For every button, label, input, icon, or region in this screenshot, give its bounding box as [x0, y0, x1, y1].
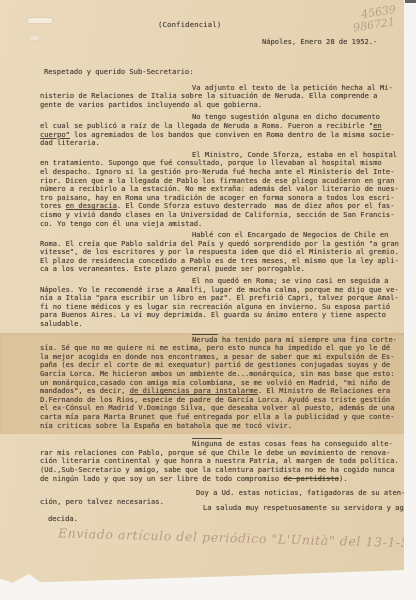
dateline: Nápoles, Enero 28 de 1952.- — [262, 37, 377, 46]
letter-line: saludable. — [40, 320, 404, 329]
paragraph: Va adjunto el texto de la petición hecha… — [40, 84, 404, 110]
letter-body: Respetado y querido Sub-Secretario: Va a… — [40, 68, 404, 524]
handwritten-annotation: Enviado artículo del periódico "L'Unità"… — [58, 525, 388, 549]
text-segment: ca a los veraneantes. Este plazo general… — [40, 264, 305, 273]
paragraph: Doy a Ud. estas noticias, fatigadoras de… — [40, 489, 404, 523]
letter-line: ca a los veraneantes. Este plazo general… — [40, 265, 404, 274]
text-segment: La saluda muy respetuosamente su servido… — [203, 503, 412, 512]
paragraph: No tengo sugestión alguna en dicho docum… — [40, 113, 404, 147]
paper-defect-mark — [28, 18, 52, 23]
text-segment: saludable. — [40, 319, 83, 328]
paragraph: El Ministro, Conde Sforza, estaba en el … — [40, 151, 404, 228]
text-segment: ción, pero talvez necesarias. — [40, 497, 164, 506]
text-segment: los agremiados de los bandos que convive… — [70, 130, 395, 139]
letter-paper: (Confidencial) 45639 986721 Nápoles, Ene… — [0, 0, 404, 584]
text-segment: ). — [339, 474, 348, 483]
letter-line: dad literaria. — [40, 139, 404, 148]
salutation: Respetado y querido Sub-Secretario: — [40, 68, 404, 77]
letter-line: nía criticas sobre la España en batahola… — [40, 422, 404, 431]
paragraph: Hablé con el Encargado de Negocios de Ch… — [40, 231, 404, 274]
highlighted-paragraph: Neruda ha tenido para mí siempre una fin… — [0, 333, 408, 435]
confidential-label: (Confidencial) — [158, 20, 221, 29]
text-segment: Doy a Ud. estas noticias, fatigadoras de… — [196, 488, 405, 497]
text-segment: para Buenos Aires. La ví muy deprimida. … — [40, 310, 386, 319]
scan-edge-mark — [405, 0, 416, 3]
text-segment: dad literaria. — [40, 138, 100, 147]
paper-defect-mark — [30, 36, 39, 40]
archive-numbers: 45639 986721 — [350, 1, 413, 34]
emphasized-text-segment: de partidista — [283, 474, 339, 483]
letter-line: decida. — [40, 515, 404, 524]
text-segment: nía criticas sobre la España en batahola… — [40, 421, 292, 430]
letter-line: co. Yo tengo con él una vieja amistad. — [40, 220, 404, 229]
text-segment: decida. — [48, 514, 78, 523]
letter-line: gente de varios partidos incluyendo al q… — [40, 101, 404, 110]
scanned-letter-page: { "colors": { "paper": "#e6d4b4", "band"… — [0, 0, 416, 600]
letter-line: de ningún lado y que soy un ser libre de… — [40, 475, 404, 484]
paragraphs-container: Va adjunto el texto de la petición hecha… — [40, 84, 404, 524]
text-segment: gente de varios partidos incluyendo al q… — [40, 100, 262, 109]
letter-line: para Buenos Aires. La ví muy deprimida. … — [40, 311, 404, 320]
text-segment: de ningún lado y que soy un ser libre de… — [40, 474, 283, 483]
paragraph: El no quedó en Roma; se vino casi en seg… — [40, 277, 404, 329]
text-segment: co. Yo tengo con él una vieja amistad. — [40, 219, 202, 228]
paragraph: Ninguna de estas cosas feas ha conseguid… — [40, 440, 404, 483]
